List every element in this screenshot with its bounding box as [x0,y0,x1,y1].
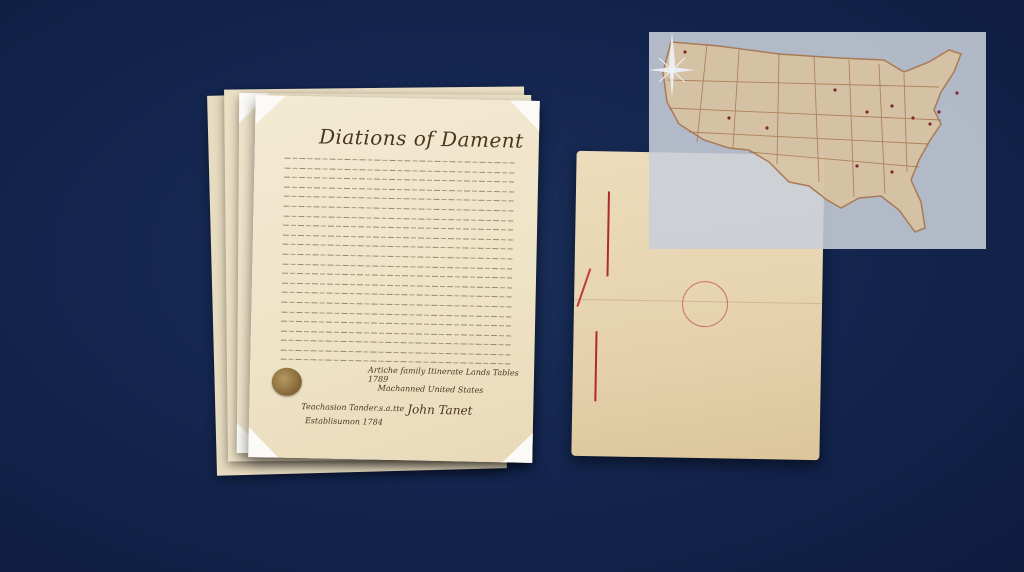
photo-corner [509,100,540,131]
place-line: Teachasion Tander.s.a.tte [301,402,404,413]
photo-corner [255,95,286,126]
compass-rose-icon [649,32,695,98]
binding-thread [594,331,597,401]
us-map [649,32,986,249]
signature-line: Machanned United States [378,384,484,395]
photo-corner [502,432,533,463]
manuscript-document: Diations of Dament Artiche family Itiner… [248,95,540,463]
signer-name: John Tanet [407,402,472,417]
date-line: Establisumon 1784 [305,416,383,427]
binding-thread [606,191,609,276]
red-stamp-icon [682,281,729,328]
handwritten-text [280,158,514,374]
wax-seal-icon [272,367,303,396]
photo-corner [248,427,279,458]
manuscript-title: Diations of Dament [319,124,524,152]
us-map-outline [649,32,986,249]
thread-tie [576,268,612,314]
